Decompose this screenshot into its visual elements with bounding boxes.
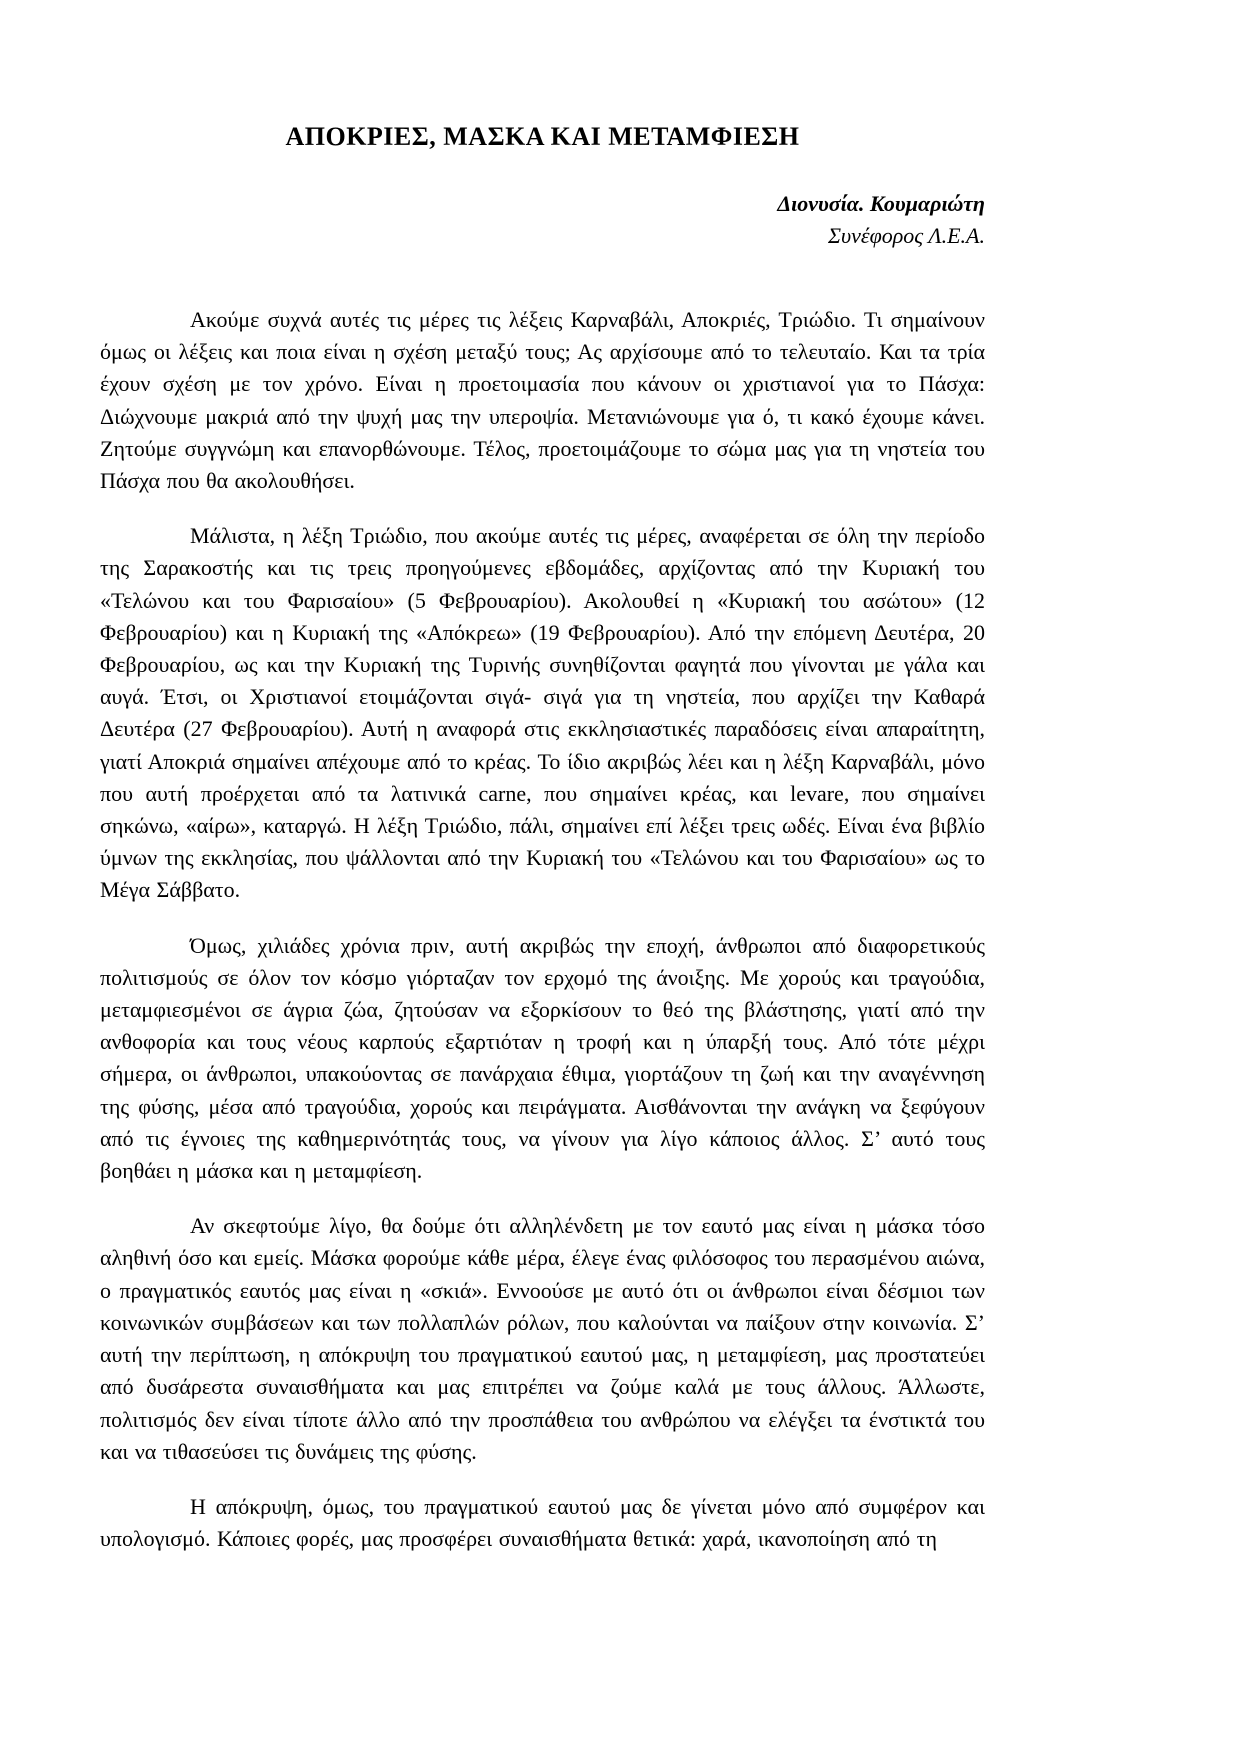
author-name: Διονυσία. Κουμαριώτη: [100, 188, 985, 220]
paragraph-5: Η απόκρυψη, όμως, του πραγματικού εαυτού…: [100, 1491, 985, 1555]
author-role: Συνέφορος Λ.Ε.Α.: [100, 220, 985, 252]
document-page: ΑΠΟΚΡΙΕΣ, ΜΑΣΚΑ ΚΑΙ ΜΕΤΑΜΦΙΕΣΗ Διονυσία.…: [0, 0, 1241, 1754]
paragraph-1: Ακούμε συχνά αυτές τις μέρες τις λέξεις …: [100, 304, 985, 497]
paragraph-4: Αν σκεφτούμε λίγο, θα δούμε ότι αλληλένδ…: [100, 1210, 985, 1468]
paragraph-2: Μάλιστα, η λέξη Τριώδιο, που ακούμε αυτέ…: [100, 520, 985, 906]
paragraph-3: Όμως, χιλιάδες χρόνια πριν, αυτή ακριβώς…: [100, 930, 985, 1188]
document-body: Ακούμε συχνά αυτές τις μέρες τις λέξεις …: [100, 304, 985, 1555]
document-title: ΑΠΟΚΡΙΕΣ, ΜΑΣΚΑ ΚΑΙ ΜΕΤΑΜΦΙΕΣΗ: [100, 122, 985, 152]
